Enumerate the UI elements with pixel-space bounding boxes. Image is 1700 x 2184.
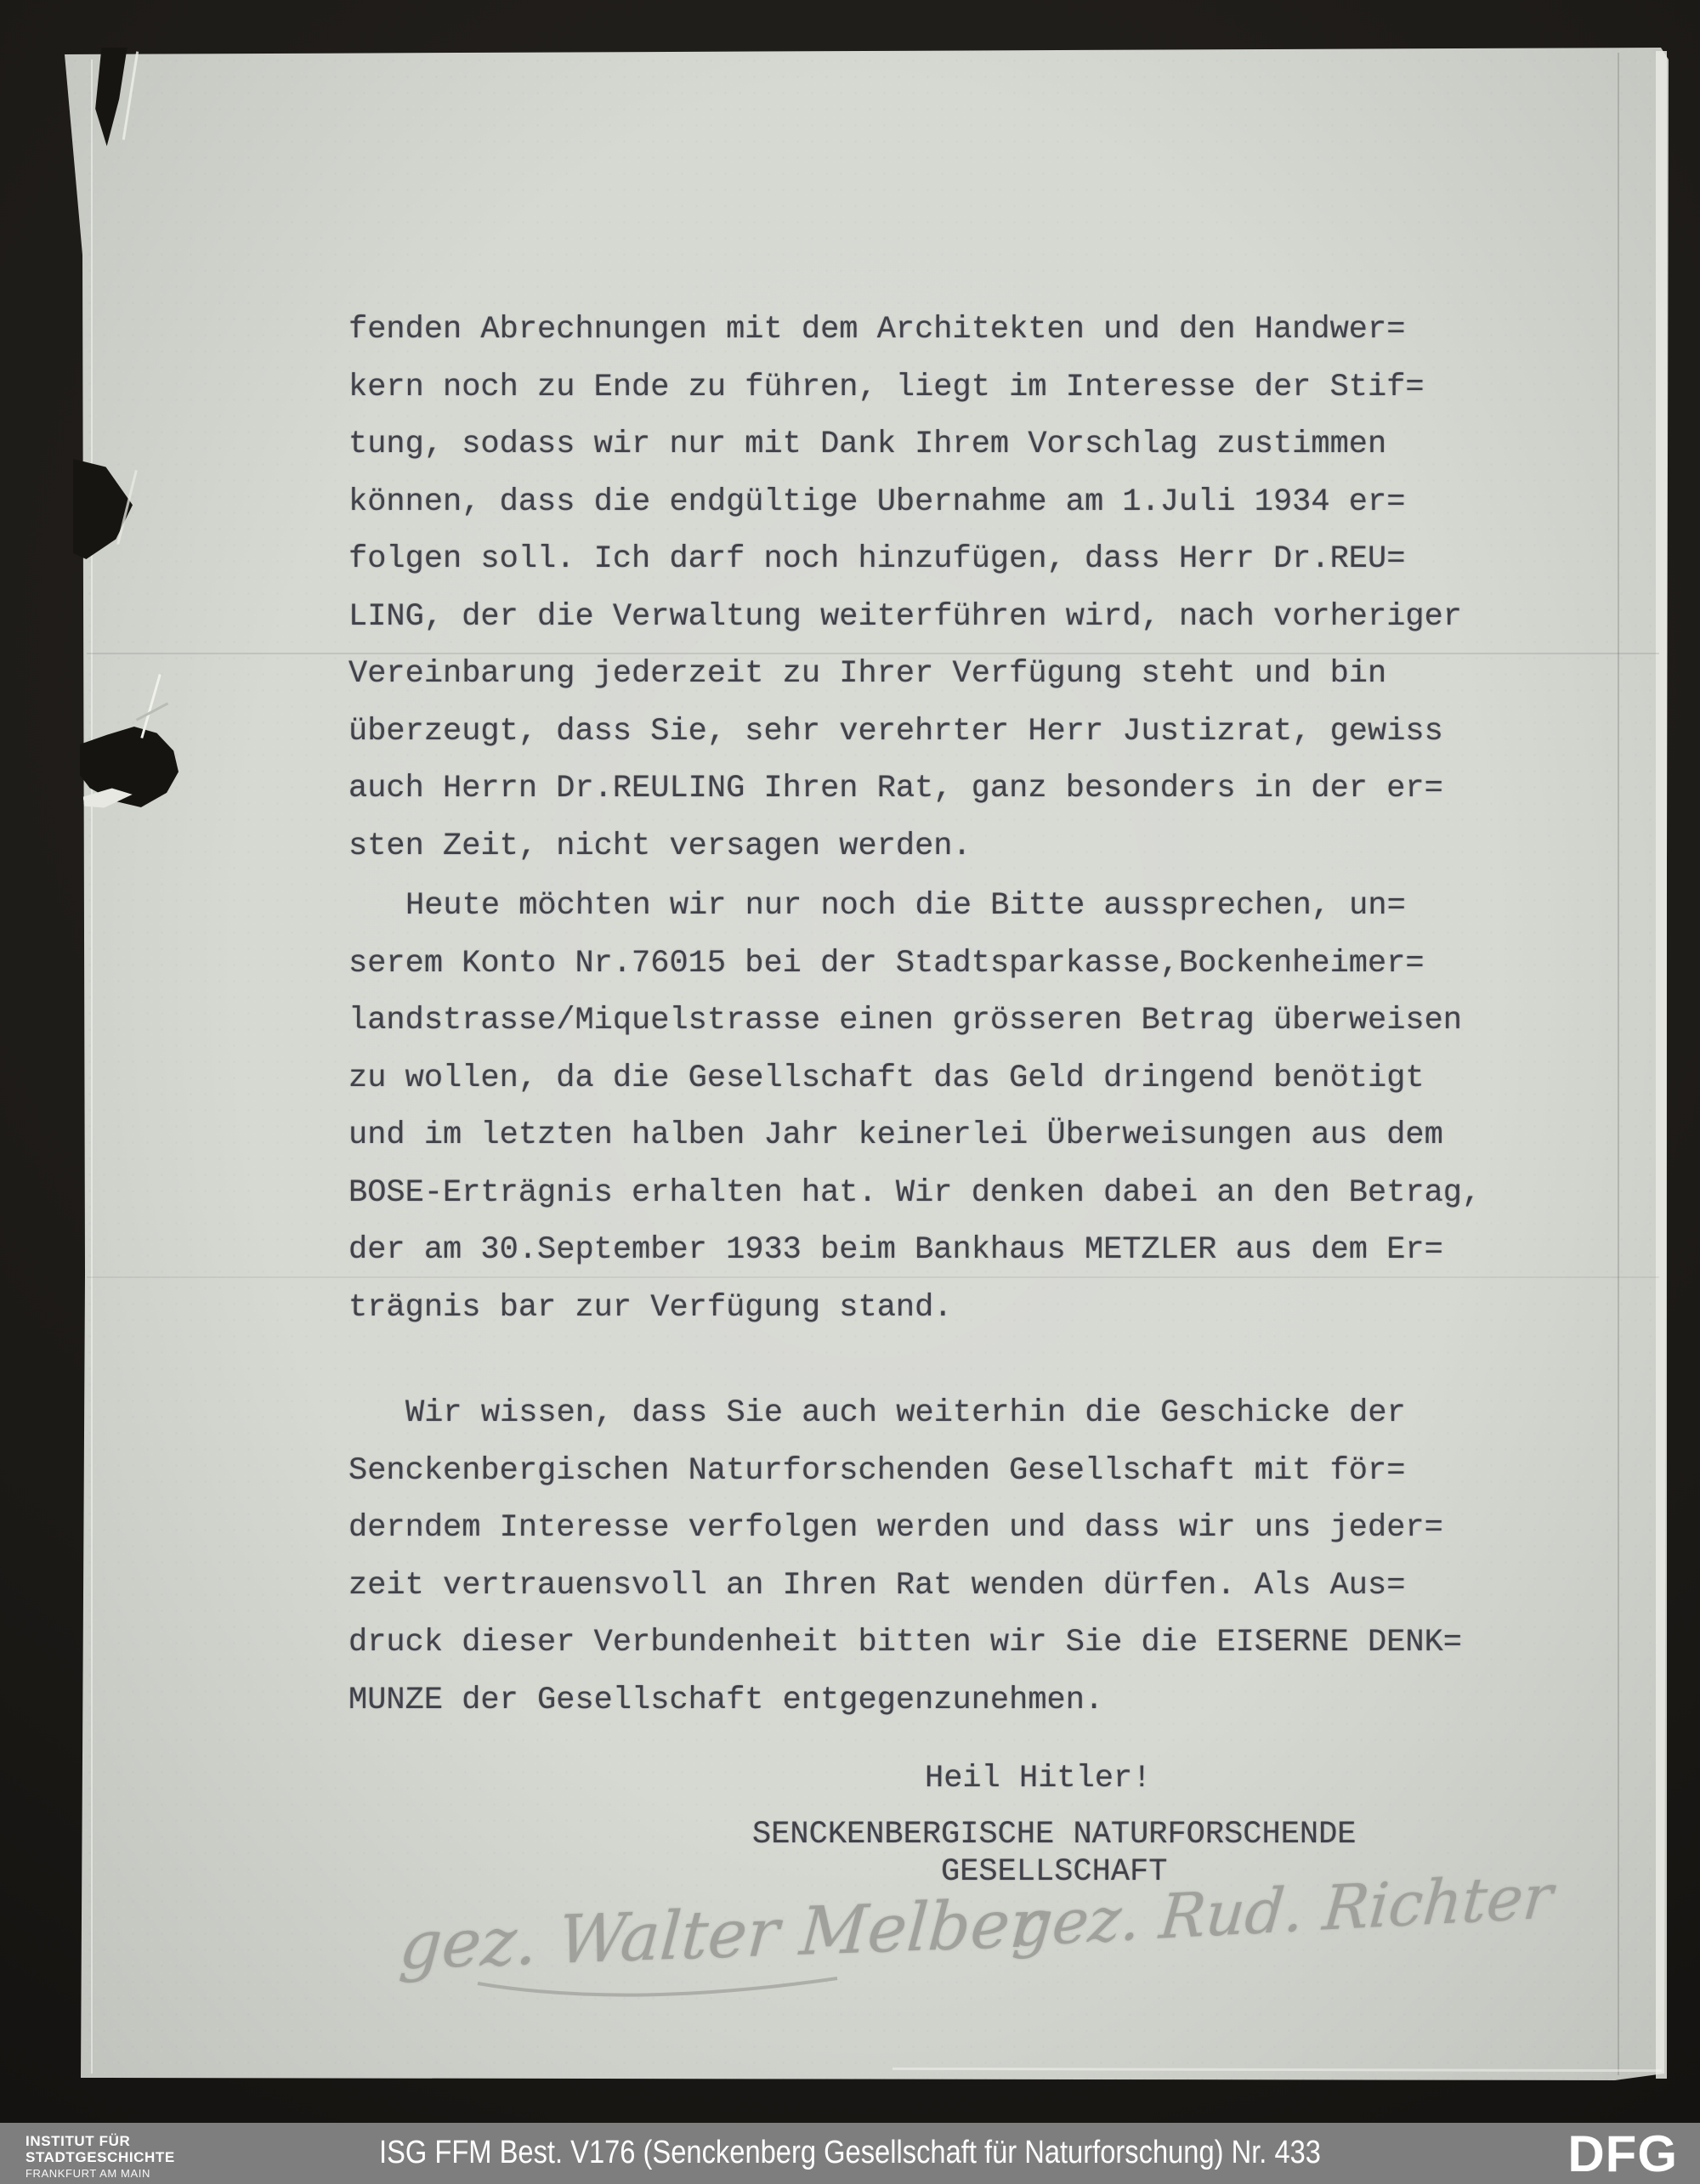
typed-line: Senckenbergischen Naturforschenden Gesel… (348, 1443, 1462, 1501)
paragraph-2: Heute möchten wir nur noch die Bitte aus… (348, 878, 1481, 1337)
typed-line: Wir wissen, dass Sie auch weiterhin die … (348, 1385, 1462, 1443)
typed-line: fenden Abrechnungen mit dem Architekten … (348, 302, 1462, 359)
typed-line: trägnis bar zur Verfügung stand. (348, 1280, 1481, 1338)
typed-line: folgen soll. Ich darf noch hinzufügen, d… (348, 531, 1462, 589)
archive-footer-bar: INSTITUT FÜR STADTGESCHICHTE FRANKFURT A… (0, 2123, 1700, 2184)
paragraph-3: Wir wissen, dass Sie auch weiterhin die … (348, 1385, 1462, 1729)
typed-line: Vereinbarung jederzeit zu Ihrer Verfügun… (348, 646, 1462, 704)
typed-line: LING, der die Verwaltung weiterführen wi… (348, 589, 1462, 647)
paragraph-1: fenden Abrechnungen mit dem Architekten … (348, 302, 1462, 875)
typed-line: BOSE-Erträgnis erhalten hat. Wir denken … (348, 1165, 1481, 1223)
typed-line: der am 30.September 1933 beim Bankhaus M… (348, 1222, 1481, 1280)
typed-line: zu wollen, da die Gesellschaft das Geld … (348, 1050, 1481, 1108)
typed-line: zeit vertrauensvoll an Ihren Rat wenden … (348, 1558, 1462, 1615)
dfg-logo: DFG (1567, 2125, 1678, 2183)
organization-name-line1: SENCKENBERGISCHE NATURFORSCHENDE (752, 1817, 1357, 1853)
typed-line: kern noch zu Ende zu führen, liegt im In… (348, 359, 1462, 417)
typed-line: druck dieser Verbundenheit bitten wir Si… (348, 1615, 1462, 1672)
typed-line: tung, sodass wir nur mit Dank Ihrem Vors… (348, 416, 1462, 474)
typed-line: und im letzten halben Jahr keinerlei Übe… (348, 1107, 1481, 1165)
typewritten-text-layer: fenden Abrechnungen mit dem Architekten … (0, 0, 1700, 2184)
typed-line: überzeugt, dass Sie, sehr verehrter Herr… (348, 704, 1462, 761)
typed-line: auch Herrn Dr.REULING Ihren Rat, ganz be… (348, 761, 1462, 818)
typed-line: Heute möchten wir nur noch die Bitte aus… (348, 878, 1481, 936)
typed-line: können, dass die endgültige Ubernahme am… (348, 474, 1462, 532)
typed-line: serem Konto Nr.76015 bei der Stadtsparka… (348, 936, 1481, 993)
typed-line: landstrasse/Miquelstrasse einen grössere… (348, 993, 1481, 1050)
typed-line: sten Zeit, nicht versagen werden. (348, 818, 1462, 876)
typed-line: MUNZE der Gesellschaft entgegenzunehmen. (348, 1672, 1462, 1730)
archive-reference-text: ISG FFM Best. V176 (Senckenberg Gesellsc… (119, 2135, 1581, 2171)
typed-line: derndem Interesse verfolgen werden und d… (348, 1500, 1462, 1558)
closing-salutation: Heil Hitler! (925, 1761, 1151, 1796)
archive-scan-viewer: fenden Abrechnungen mit dem Architekten … (0, 0, 1700, 2184)
signature-underline-stroke (476, 1970, 841, 2007)
